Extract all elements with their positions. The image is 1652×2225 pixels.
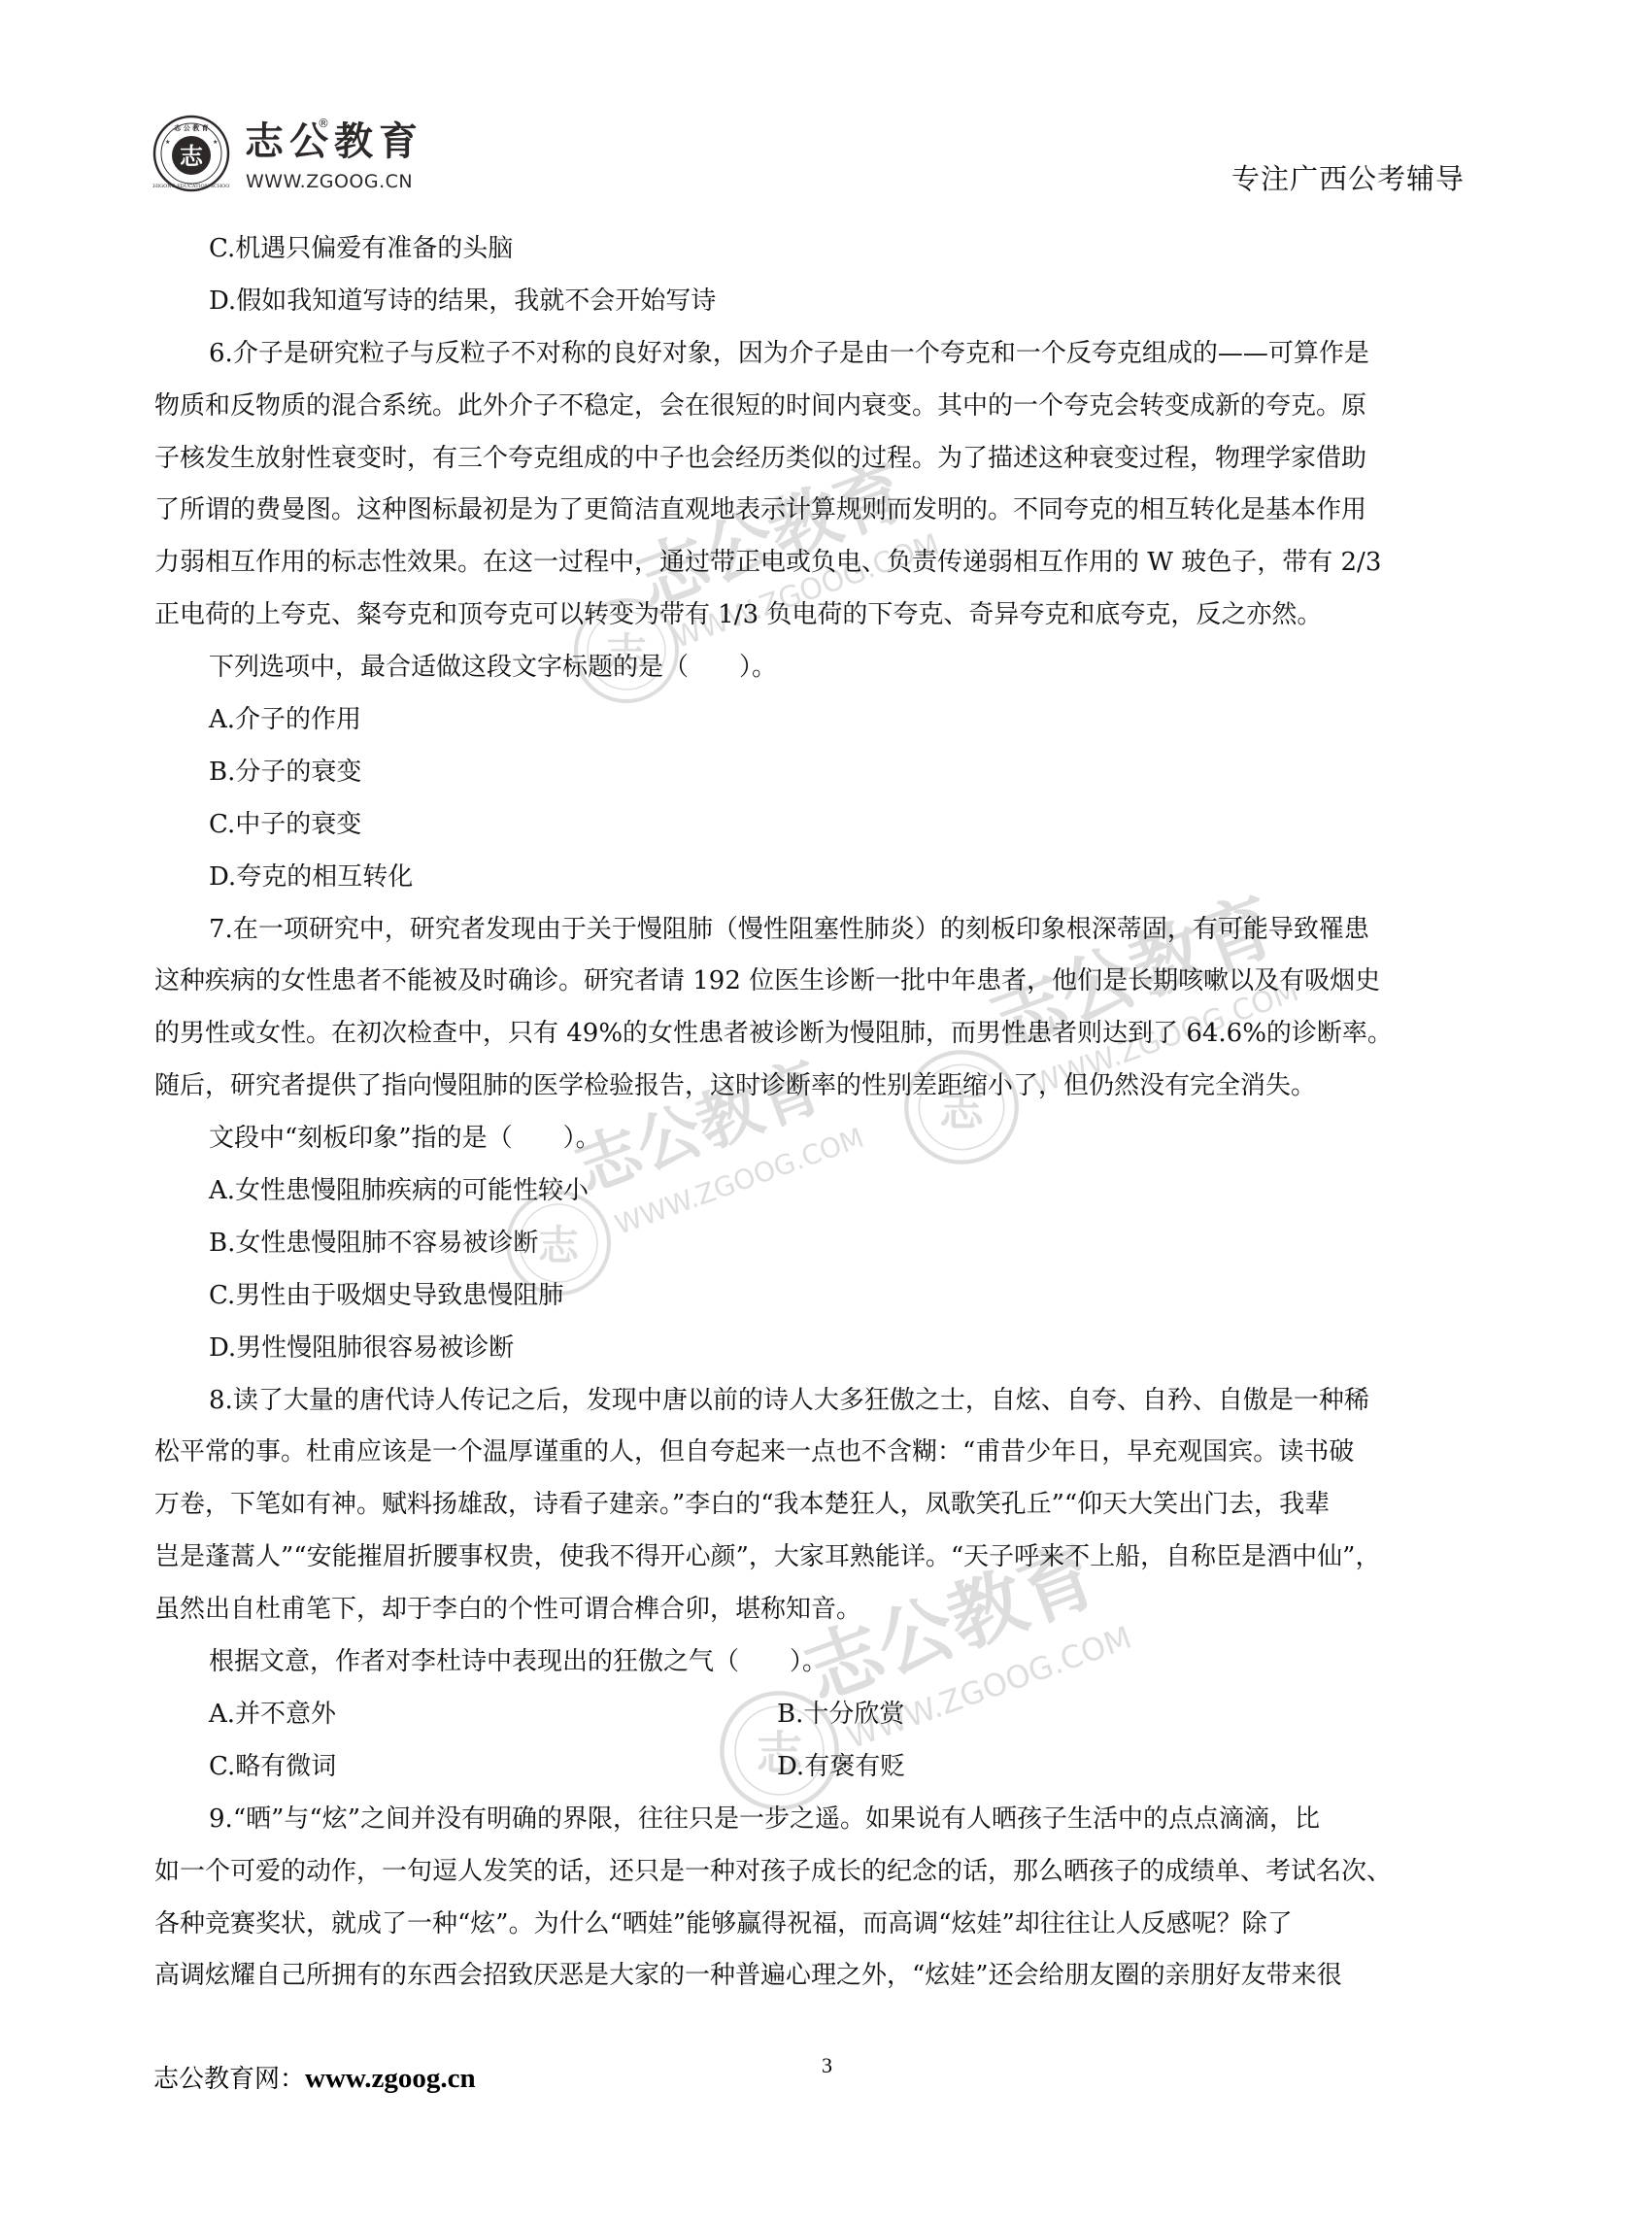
option-d: D.有褒有贬	[777, 1741, 1360, 1794]
question-passage-line: 8.读了大量的唐代诗人传记之后，发现中唐以前的诗人大多狂傲之士，自炫、自夸、自矜…	[154, 1375, 1500, 1428]
option-d: D.假如我知道写诗的结果，我就不会开始写诗	[154, 276, 1500, 328]
question-passage-line: 6.介子是研究粒子与反粒子不对称的良好对象，因为介子是由一个夸克和一个反夸克组成…	[154, 328, 1500, 381]
question-passage-line: 这种疾病的女性患者不能被及时确诊。研究者请 192 位医生诊断一批中年患者，他们…	[154, 956, 1500, 1008]
question-6: 6.介子是研究粒子与反粒子不对称的良好对象，因为介子是由一个夸克和一个反夸克组成…	[154, 328, 1500, 904]
option-c: C.机遇只偏爱有准备的头脑	[154, 223, 1500, 276]
brand-url: WWW.ZGOOG.CN	[246, 171, 413, 192]
svg-text:★: ★	[165, 139, 170, 146]
question-passage-line: 力弱相互作用的标志性效果。在这一过程中，通过带正电或负电、负责传递弱相互作用的 …	[154, 537, 1500, 590]
options-row: A.并不意外 B.十分欣赏	[154, 1689, 1500, 1741]
question-prompt: 根据文意，作者对李杜诗中表现出的狂傲之气（ ）。	[154, 1636, 1500, 1689]
header-slogan: 专注广西公考辅导	[1231, 162, 1465, 195]
question-passage-line: 正电荷的上夸克、粲夸克和顶夸克可以转变为带有 1/3 负电荷的下夸克、奇异夸克和…	[154, 590, 1500, 642]
svg-text:志: 志	[180, 143, 204, 170]
footer-site-label: 志公教育网：	[153, 2065, 305, 2094]
option-b: B.十分欣赏	[777, 1689, 1360, 1741]
question-passage-line: 高调炫耀自己所拥有的东西会招致厌恶是大家的一种普遍心理之外，“炫娃”还会给朋友圈…	[154, 1950, 1500, 2003]
option-a: A.并不意外	[209, 1689, 777, 1741]
question-passage-line: 了所谓的费曼图。这种图标最初是为了更简洁直观地表示计算规则而发明的。不同夸克的相…	[154, 485, 1500, 537]
svg-text:★: ★	[213, 139, 218, 146]
question-passage-line: 虽然出自杜甫笔下，却于李白的个性可谓合榫合卯，堪称知音。	[154, 1584, 1500, 1636]
page-number: 3	[822, 2053, 832, 2078]
option-b: B.分子的衰变	[154, 747, 1500, 799]
question-passage-line: 岂是蓬蒿人”“安能摧眉折腰事权贵，使我不得开心颜”，大家耳熟能详。“天子呼来不上…	[154, 1532, 1500, 1584]
question-passage-line: 万卷，下笔如有神。赋料扬雄敌，诗看子建亲。”李白的“我本楚狂人，凤歌笑孔丘”“仰…	[154, 1479, 1500, 1532]
brand-logo: 志 志 公 教 育 ZHIGONG EDUCATION SCHOOL ★ ★ 志…	[152, 113, 434, 196]
option-b: B.女性患慢阻肺不容易被诊断	[154, 1218, 1500, 1270]
option-d: D.男性慢阻肺很容易被诊断	[154, 1323, 1500, 1375]
brand-name: 志公教育	[245, 118, 423, 165]
question-9: 9.“晒”与“炫”之间并没有明确的界限，往往只是一步之遥。如果说有人晒孩子生活中…	[154, 1794, 1500, 2004]
question-passage-line: 9.“晒”与“炫”之间并没有明确的界限，往往只是一步之遥。如果说有人晒孩子生活中…	[154, 1794, 1500, 1846]
question-passage-line: 的男性或女性。在初次检查中，只有 49%的女性患者被诊断为慢阻肺，而男性患者则达…	[154, 1008, 1500, 1061]
document-body: C.机遇只偏爱有准备的头脑 D.假如我知道写诗的结果，我就不会开始写诗 6.介子…	[154, 223, 1500, 2003]
registered-mark: ®	[318, 117, 329, 130]
footer-site: 志公教育网：www.zgoog.cn	[153, 2061, 476, 2097]
question-passage-line: 各种竞赛奖状，就成了一种“炫”。为什么“晒娃”能够赢得祝福，而高调“炫娃”却往往…	[154, 1899, 1500, 1951]
question-passage-line: 子核发生放射性衰变时，有三个夸克组成的中子也会经历类似的过程。为了描述这种衰变过…	[154, 433, 1500, 486]
option-c: C.中子的衰变	[154, 799, 1500, 852]
document-page: 志 志 公 教 育 ZHIGONG EDUCATION SCHOOL ★ ★ 志…	[0, 0, 1652, 2225]
options-row: C.略有微词 D.有褒有贬	[154, 1741, 1500, 1794]
question-prompt: 文段中“刻板印象”指的是（ ）。	[154, 1113, 1500, 1165]
seal-logo-icon: 志 志 公 教 育 ZHIGONG EDUCATION SCHOOL ★ ★	[152, 113, 230, 194]
option-a: A.女性患慢阻肺疾病的可能性较小	[154, 1165, 1500, 1218]
question-prompt: 下列选项中，最合适做这段文字标题的是（ ）。	[154, 642, 1500, 694]
question-passage-line: 7.在一项研究中，研究者发现由于关于慢阻肺（慢性阻塞性肺炎）的刻板印象根深蒂固，…	[154, 904, 1500, 957]
question-8: 8.读了大量的唐代诗人传记之后，发现中唐以前的诗人大多狂傲之士，自炫、自夸、自矜…	[154, 1375, 1500, 1794]
option-c: C.男性由于吸烟史导致患慢阻肺	[154, 1270, 1500, 1323]
option-d: D.夸克的相互转化	[154, 852, 1500, 904]
option-a: A.介子的作用	[154, 694, 1500, 747]
question-passage-line: 松平常的事。杜甫应该是一个温厚谨重的人，但自夸起来一点也不含糊：“甫昔少年日，早…	[154, 1427, 1500, 1479]
svg-text:ZHIGONG EDUCATION SCHOOL: ZHIGONG EDUCATION SCHOOL	[152, 184, 230, 189]
question-passage-line: 物质和反物质的混合系统。此外介子不稳定，会在很短的时间内衰变。其中的一个夸克会转…	[154, 381, 1500, 433]
question-passage-line: 随后，研究者提供了指向慢阻肺的医学检验报告，这时诊断率的性别差距缩小了，但仍然没…	[154, 1061, 1500, 1113]
question-7: 7.在一项研究中，研究者发现由于关于慢阻肺（慢性阻塞性肺炎）的刻板印象根深蒂固，…	[154, 904, 1500, 1375]
question-passage-line: 如一个可爱的动作，一句逗人发笑的话，还只是一种对孩子成长的纪念的话，那么晒孩子的…	[154, 1846, 1500, 1899]
footer-site-url[interactable]: www.zgoog.cn	[305, 2063, 476, 2094]
option-c: C.略有微词	[209, 1741, 777, 1794]
svg-text:志 公 教 育: 志 公 教 育	[174, 123, 208, 132]
